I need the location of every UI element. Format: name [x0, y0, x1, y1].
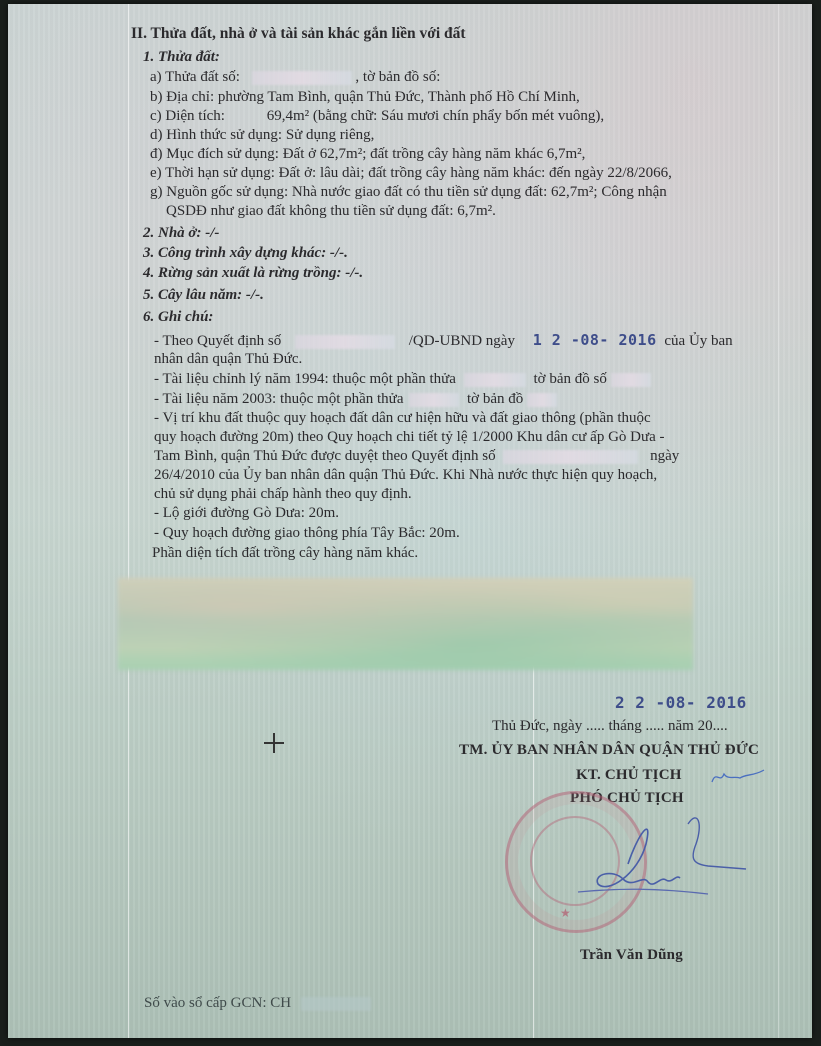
note-zoning-date-label: ngày: [650, 448, 679, 464]
decision-date-stamp: 1 2 -08- 2016: [533, 331, 657, 349]
redacted-zoning-decision: [503, 450, 638, 464]
note-decision-type: /QD-UBND ngày: [409, 333, 515, 349]
perennial-item: 5. Cây lâu năm: -/-.: [143, 286, 264, 304]
initials-icon: [708, 762, 768, 792]
note-decision: - Theo Quyết định số /QD-UBND ngày 1 2 -…: [154, 331, 733, 350]
note-1994-map: tờ bản đồ số: [533, 371, 606, 387]
section-title: II. Thửa đất, nhà ở và tài sản khác gắn …: [131, 25, 466, 43]
usage-form-line: d) Hình thức sử dụng: Sử dụng riêng,: [150, 126, 374, 144]
note-2003-label: - Tài liệu năm 2003: thuộc một phần thửa: [154, 391, 403, 407]
signer-name: Trần Văn Dũng: [580, 946, 683, 964]
signature-icon: [568, 804, 748, 914]
area-label: c) Diện tích:: [150, 108, 225, 124]
redacted-2003-parcel: [409, 393, 459, 407]
note-zoning-4: 26/4/2010 của Ủy ban nhân dân quận Thủ Đ…: [154, 466, 657, 484]
note-decision-label: - Theo Quyết định số: [154, 333, 281, 349]
parcel-heading: 1. Thửa đất:: [143, 48, 220, 66]
parcel-number-label: a) Thửa đất số:: [150, 69, 240, 85]
note-annual-crop-area: Phần diện tích đất trồng cây hàng năm kh…: [152, 544, 418, 562]
map-sheet-label: , tờ bản đồ số:: [355, 69, 440, 85]
note-zoning-3: Tam Bình, quận Thủ Đức được duyệt theo Q…: [154, 447, 679, 465]
note-zoning-decision-label: Tam Bình, quận Thủ Đức được duyệt theo Q…: [154, 448, 496, 464]
signer-role-acting: KT. CHỦ TỊCH: [576, 766, 682, 784]
area-value: 69,4m² (bằng chữ: Sáu mươi chín phẩy bốn…: [267, 108, 604, 124]
issuing-authority: TM. ỦY BAN NHÂN DÂN QUẬN THỦ ĐỨC: [459, 741, 759, 759]
notes-heading: 6. Ghi chú:: [143, 308, 213, 326]
area-line: c) Diện tích: 69,4m² (bằng chữ: Sáu mươi…: [150, 107, 604, 125]
note-decision-issuer: của Ủy ban: [664, 333, 732, 349]
crosshair-cursor-icon: [262, 731, 286, 755]
note-2003-doc: - Tài liệu năm 2003: thuộc một phần thửa…: [154, 390, 557, 408]
note-northwest-road: - Quy hoạch đường giao thông phía Tây Bắ…: [154, 524, 460, 542]
document-content: II. Thửa đất, nhà ở và tài sản khác gắn …: [8, 4, 812, 1038]
note-2003-map: tờ bản đồ: [467, 391, 523, 407]
redacted-1994-parcel: [464, 373, 526, 387]
note-decision-cont: nhân dân quận Thủ Đức.: [154, 350, 302, 368]
note-zoning-5: chủ sử dụng phải chấp hành theo quy định…: [154, 485, 412, 503]
redacted-registry-number: [301, 997, 371, 1011]
parcel-number-line: a) Thửa đất số: , tờ bản đồ số:: [150, 68, 440, 86]
usage-term-line: e) Thời hạn sử dụng: Đất ở: lâu dài; đất…: [150, 164, 672, 182]
registry-number-label: Số vào sổ cấp GCN: CH: [144, 995, 291, 1011]
forest-item: 4. Rừng sản xuất là rừng trồng: -/-.: [143, 264, 363, 282]
certificate-page: II. Thửa đất, nhà ở và tài sản khác gắn …: [8, 4, 812, 1038]
note-1994-label: - Tài liệu chỉnh lý năm 1994: thuộc một …: [154, 371, 456, 387]
usage-purpose-line: đ) Mục đích sử dụng: Đất ở 62,7m²; đất t…: [150, 145, 585, 163]
note-zoning-2: quy hoạch đường 20m) theo Quy hoạch chi …: [154, 428, 665, 446]
registry-number: Số vào sổ cấp GCN: CH: [144, 994, 371, 1012]
usage-origin-line-2: QSDĐ như giao đất không thu tiền sử dụng…: [166, 202, 496, 220]
house-item: 2. Nhà ở: -/-: [143, 224, 219, 242]
note-road-boundary: - Lộ giới đường Gò Dưa: 20m.: [154, 504, 339, 522]
redacted-parcel-number: [252, 71, 352, 85]
note-zoning-1: - Vị trí khu đất thuộc quy hoạch đất dân…: [154, 409, 651, 427]
address-line: b) Địa chỉ: phường Tam Bình, quận Thủ Đứ…: [150, 88, 580, 106]
note-1994-doc: - Tài liệu chỉnh lý năm 1994: thuộc một …: [154, 370, 651, 388]
usage-origin-line: g) Nguồn gốc sử dụng: Nhà nước giao đất …: [150, 183, 667, 201]
redacted-1994-map: [611, 373, 651, 387]
place-date-line: Thủ Đức, ngày ..... tháng ..... năm 20..…: [492, 717, 728, 735]
other-construction-item: 3. Công trình xây dựng khác: -/-.: [143, 244, 348, 262]
redacted-2003-map: [527, 393, 557, 407]
redacted-decision-number: [295, 335, 395, 349]
signing-date-stamp: 2 2 -08- 2016: [615, 694, 747, 712]
redacted-area: [118, 578, 693, 670]
